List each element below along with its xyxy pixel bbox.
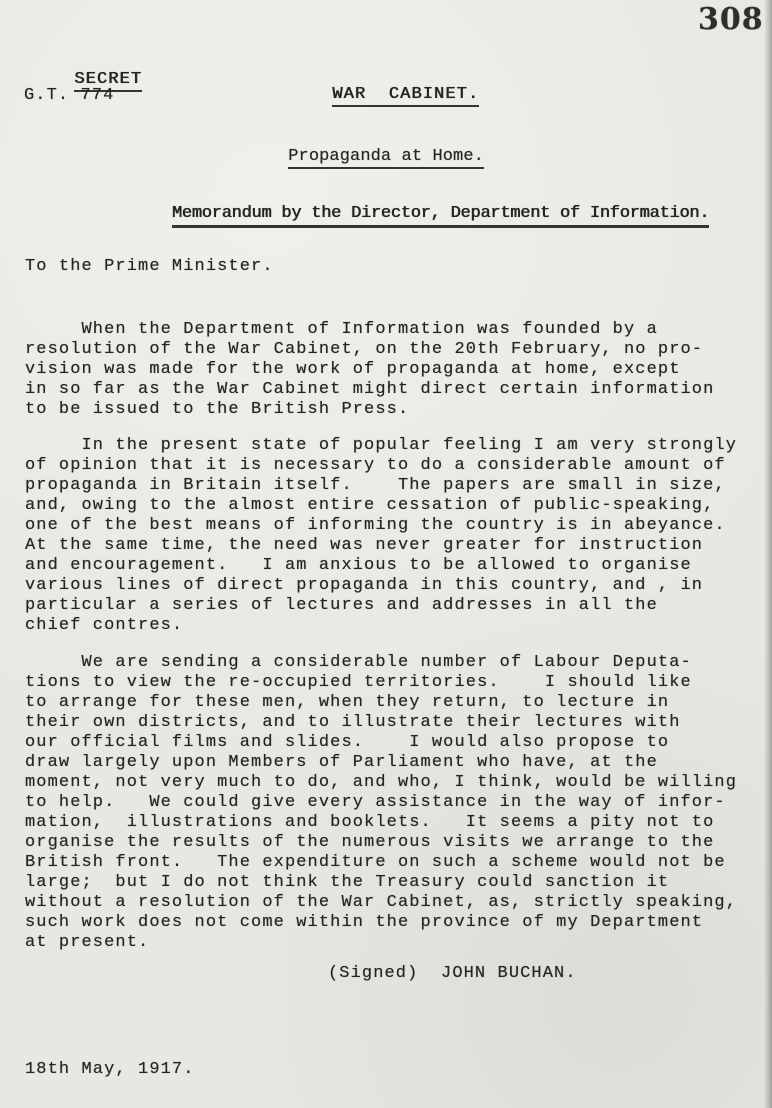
- memorandum-heading-text: Memorandum by the Director, Department o…: [172, 204, 709, 228]
- document-title: WAR CABINET.: [287, 65, 479, 125]
- paragraph-3: We are sending a considerable number of …: [25, 653, 737, 953]
- reference-number: G.T. 774: [24, 86, 114, 106]
- salutation: To the Prime Minister.: [25, 257, 274, 277]
- paragraph-2: In the present state of popular feeling …: [25, 436, 737, 636]
- memo-document-page: 308 SECRET G.T. 774 WAR CABINET. Propaga…: [0, 0, 772, 1108]
- date-line: 18th May, 1917.: [25, 1060, 195, 1080]
- paragraph-1: When the Department of Information was f…: [25, 320, 714, 420]
- signature-line: (Signed) JOHN BUCHAN.: [328, 964, 577, 984]
- document-title-text: WAR CABINET.: [332, 85, 479, 107]
- memorandum-heading: Memorandum by the Director, Department o…: [132, 184, 709, 244]
- document-subtitle-text: Propaganda at Home.: [288, 147, 484, 169]
- page-number-stamp: 308: [698, 2, 764, 37]
- document-subtitle: Propaganda at Home.: [247, 127, 484, 187]
